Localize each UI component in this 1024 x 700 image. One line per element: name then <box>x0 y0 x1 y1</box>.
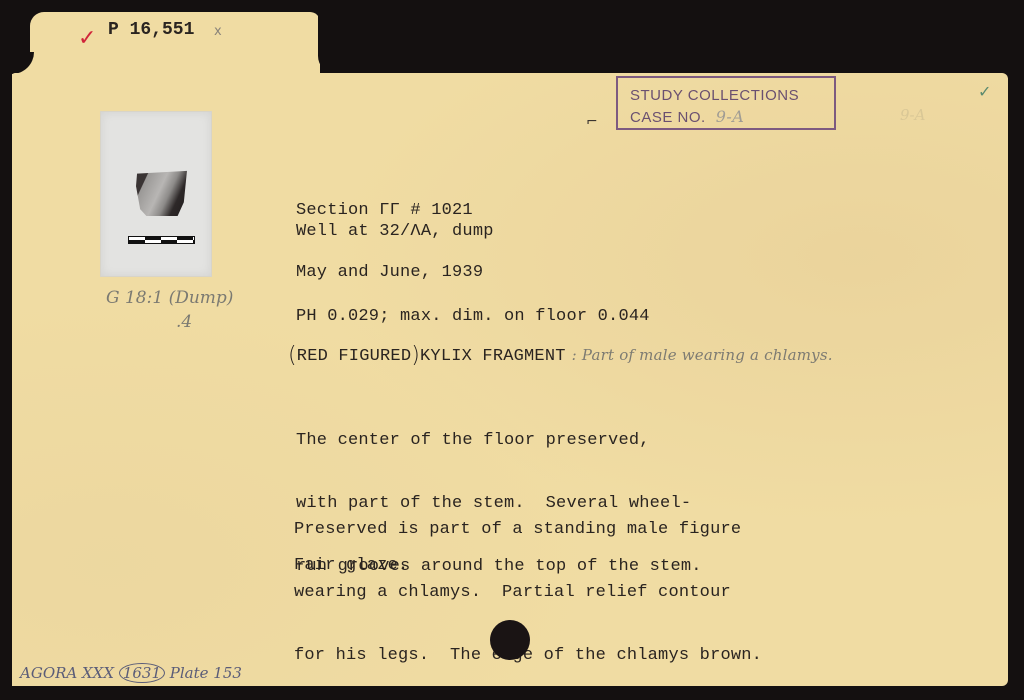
pencil-mark: ⌐ <box>586 114 598 130</box>
description-line: Preserved is part of a standing male fig… <box>294 519 762 540</box>
green-check-icon: ✓ <box>978 82 991 101</box>
description-line: wearing a chlamys. Partial relief contou… <box>294 582 762 603</box>
fragment-photo <box>100 111 212 277</box>
study-collections-stamp: STUDY COLLECTIONS CASE NO.9-A <box>616 76 836 130</box>
glaze-line: Fair glaze. <box>294 555 408 576</box>
section-line: Section ΓΓ # 1021 <box>296 200 473 221</box>
scale-bar <box>128 236 195 244</box>
title-parenthetical: RED FIGURED <box>297 347 411 366</box>
tab-corner-right <box>318 12 342 74</box>
description-paragraph-2: Preserved is part of a standing male fig… <box>294 477 762 687</box>
title-handwritten-note: : Part of male wearing a chlamys. <box>572 346 833 364</box>
sherd-image <box>136 170 188 216</box>
paren-open: ( <box>288 343 297 368</box>
deposit-caption: G 18:1 (Dump) <box>106 288 233 308</box>
stamp-case-label: CASE NO. <box>630 109 706 126</box>
title-object: KYLIX FRAGMENT <box>420 347 566 366</box>
catalog-number: P 16,551 <box>108 20 194 40</box>
red-check-icon: ✓ <box>78 26 96 51</box>
x-mark: x <box>214 24 222 39</box>
date-line: May and June, 1939 <box>296 262 483 283</box>
stamp-line2: CASE NO.9-A <box>630 106 834 128</box>
deposit-subcaption: .4 <box>176 312 192 332</box>
paren-close: ) <box>411 343 420 368</box>
faint-pencil-note: 9-A <box>900 106 925 124</box>
punch-hole <box>490 620 530 660</box>
publication-note: AGORA XXX 1631 Plate 153 <box>20 664 242 682</box>
publication-prefix: AGORA XXX <box>20 664 114 682</box>
stamp-line1: STUDY COLLECTIONS <box>630 85 834 106</box>
description-line: The center of the floor preserved, <box>296 430 702 451</box>
stamp-case-value: 9-A <box>716 107 745 126</box>
location-line: Well at 32/ΛΑ, dump <box>296 221 494 242</box>
publication-plate: Plate 153 <box>170 664 242 682</box>
dimensions-line: PH 0.029; max. dim. on floor 0.044 <box>296 306 650 327</box>
object-title: (RED FIGURED)KYLIX FRAGMENT: Part of mal… <box>288 345 833 367</box>
publication-number: 1631 <box>119 663 165 683</box>
